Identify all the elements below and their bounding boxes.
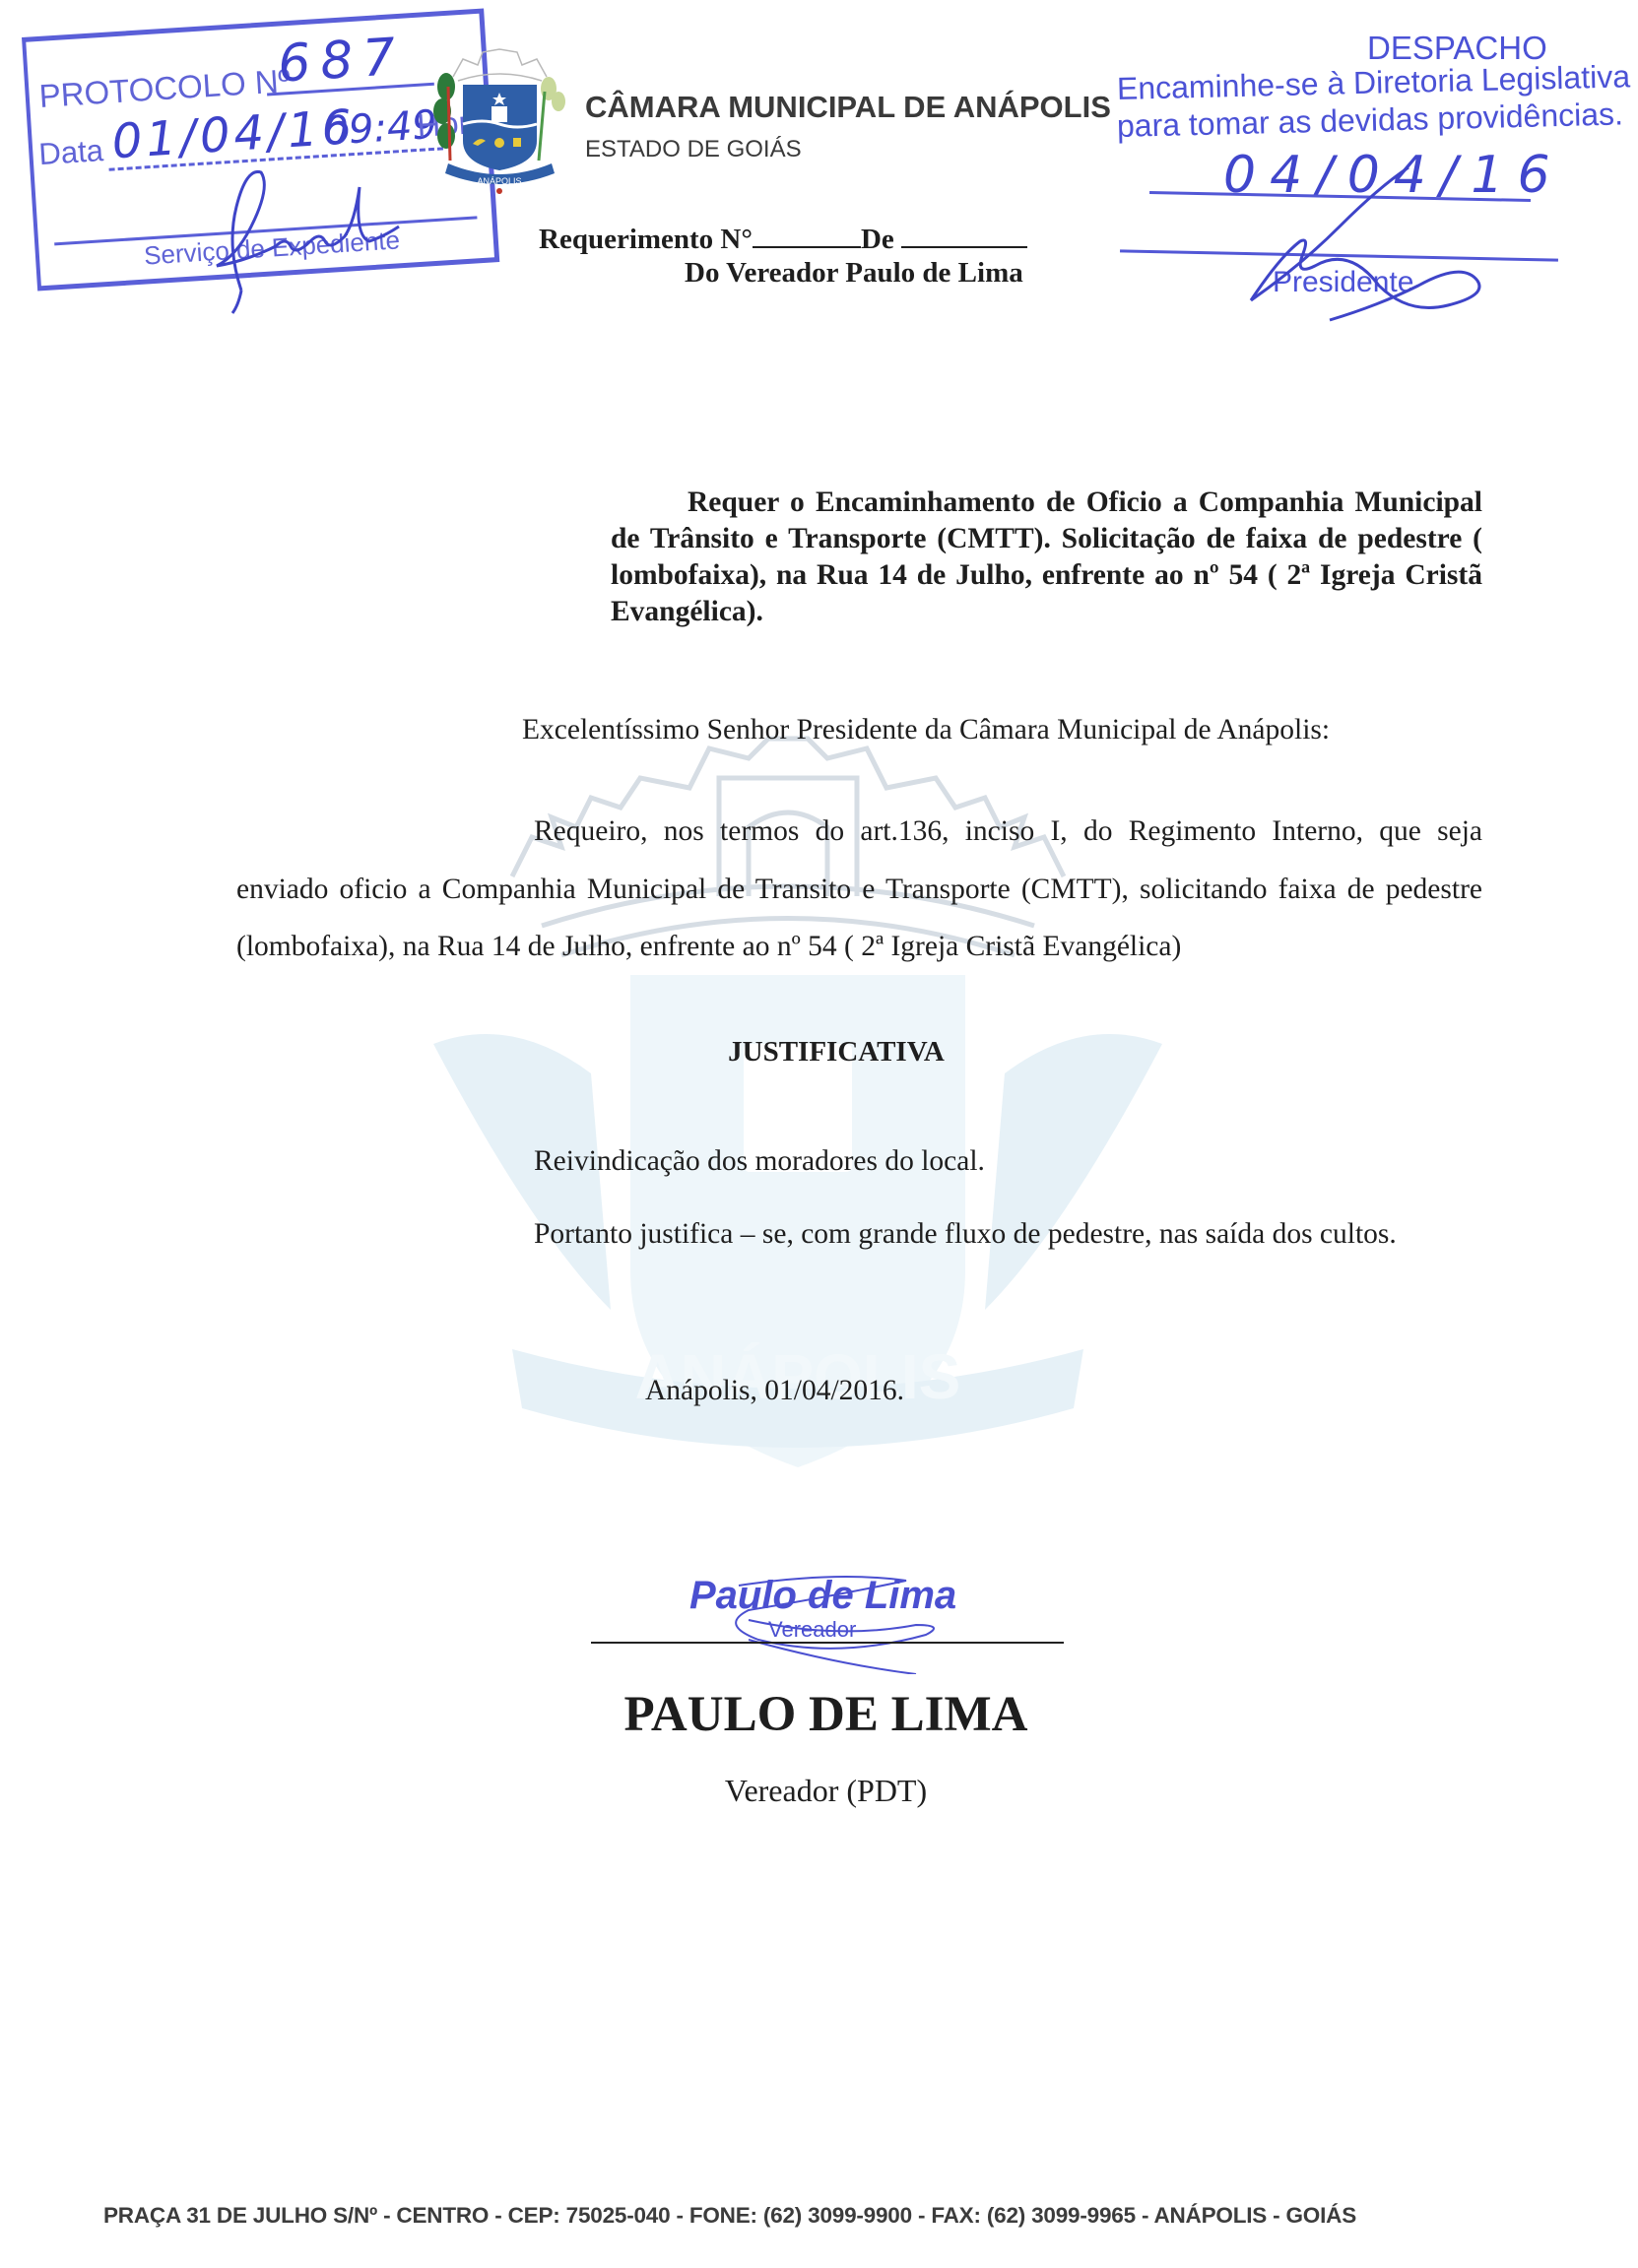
signature-line (591, 1642, 1064, 1644)
request-abstract: Requer o Encaminhamento de Oficio a Comp… (611, 485, 1482, 630)
coat-of-arms-icon: ANÁPOLIS (428, 47, 571, 195)
footer-address: PRAÇA 31 DE JULHO S/Nº - CENTRO - CEP: 7… (103, 2203, 1522, 2229)
request-number-label: Requerimento N° (539, 224, 753, 255)
signer-name: PAULO DE LIMA (0, 1686, 1638, 1743)
justification-line-2: Portanto justifica – se, com grande flux… (236, 1203, 1482, 1265)
organization-state: ESTADO DE GOIÁS (585, 136, 802, 163)
handwritten-signature-icon (167, 148, 404, 315)
request-date-label: De (861, 224, 894, 255)
svg-text:ANÁPOLIS: ANÁPOLIS (477, 176, 521, 186)
request-paragraph: Requeiro, nos termos do art.136, inciso … (236, 803, 1482, 976)
organization-name: CÂMARA MUNICIPAL DE ANÁPOLIS (585, 90, 1111, 125)
justification-title: JUSTIFICATIVA (0, 1036, 1638, 1069)
request-title: Requerimento N°De (539, 224, 1027, 256)
request-date-blank (901, 244, 1027, 248)
justification-line-1: Reivindicação dos moradores do local. (534, 1145, 985, 1178)
date-label: Data (37, 133, 104, 172)
president-signature-icon (1221, 148, 1517, 325)
request-author: Do Vereador Paulo de Lima (685, 257, 1023, 290)
salutation: Excelentíssimo Senhor Presidente da Câma… (522, 714, 1330, 746)
request-number-blank (753, 244, 861, 248)
protocol-number: 687 (276, 28, 407, 95)
signer-role: Vereador (PDT) (0, 1773, 1638, 1809)
handwritten-signature-icon (689, 1566, 985, 1674)
place-date: Anápolis, 01/04/2016. (645, 1375, 904, 1407)
